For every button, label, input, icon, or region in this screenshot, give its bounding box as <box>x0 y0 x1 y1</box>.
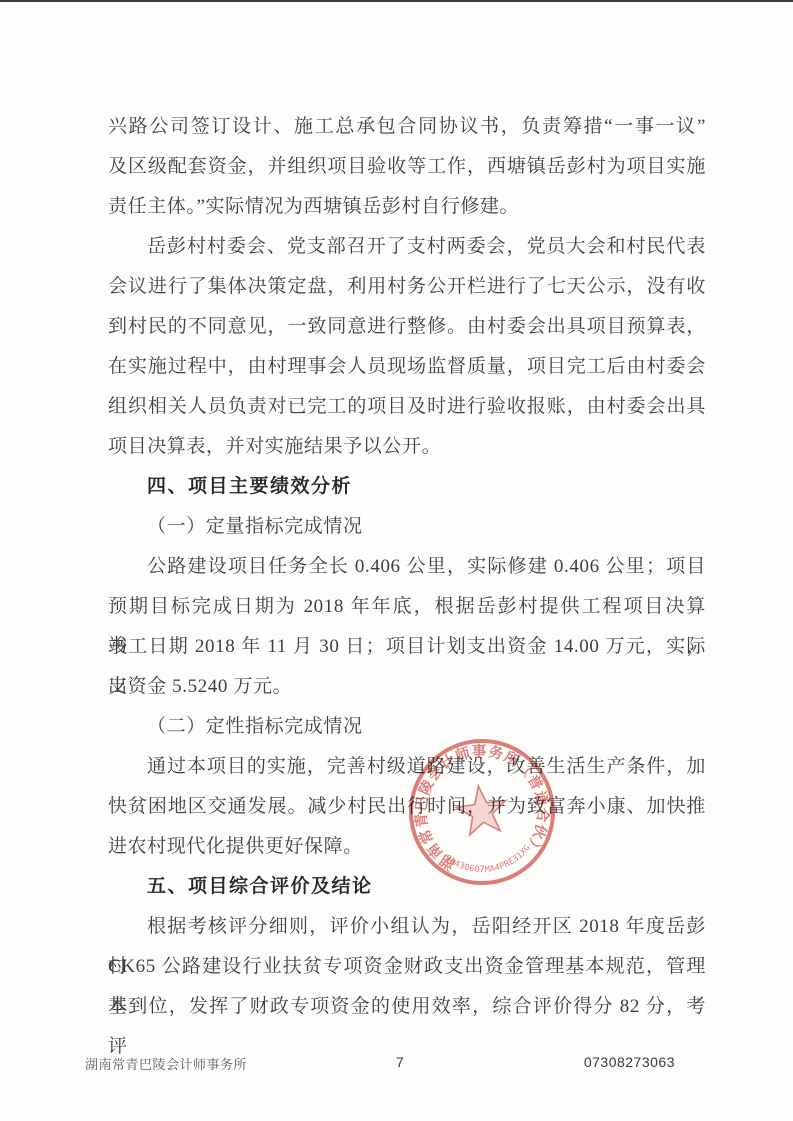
footer-page-number: 7 <box>396 1054 404 1070</box>
subsection-heading: （一）定量指标完成情况 <box>108 507 706 547</box>
text-line: 组织相关人员负责对已完工的项目及时进行验收报账，由村委会出具 <box>108 387 706 427</box>
document-page: { "body": { "lines": [ "兴路公司签订设计、施工总承包合同… <box>0 0 793 1121</box>
scan-edge-artifact <box>0 0 793 2</box>
text-line: 在实施过程中，由村理事会人员现场监督质量，项目完工后由村委会 <box>108 347 706 387</box>
text-line: 根据考核评分细则，评价小组认为，岳阳经开区 2018 年度岳彭村 <box>108 907 706 947</box>
footer-phone: 07308273063 <box>584 1054 675 1070</box>
text-line: 通过本项目的实施，完善村级道路建设，改善生活生产条件，加 <box>108 747 706 787</box>
text-line: 进农村现代化提供更好保障。 <box>108 827 706 867</box>
text-line: 责任主体。”实际情况为西塘镇岳彭村自行修建。 <box>108 187 706 227</box>
text-line: 预期目标完成日期为 2018 年年底，根据岳彭村提供工程项目决算书， <box>108 587 706 627</box>
text-line: 出资金 5.5240 万元。 <box>108 667 706 707</box>
text-line: 快贫困地区交通发展。减少村民出行时间，并为致富奔小康、加快推 <box>108 787 706 827</box>
text-line: 及区级配套资金，并组织项目验收等工作，西塘镇岳彭村为项目实施 <box>108 147 706 187</box>
footer-firm-name: 湖南常青巴陵会计师事务所 <box>85 1054 247 1073</box>
text-line: 会议进行了集体决策定盘，利用村务公开栏进行了七天公示，没有收 <box>108 267 706 307</box>
text-line: 项目决算表，并对实施结果予以公开。 <box>108 427 706 467</box>
text-line: 竣工日期 2018 年 11 月 30 日；项目计划支出资金 14.00 万元，… <box>108 627 706 667</box>
text-line: CK65 公路建设行业扶贫专项资金财政支出资金管理基本规范，管理基 <box>108 947 706 987</box>
text-line: 岳彭村村委会、党支部召开了支村两委会，党员大会和村民代表 <box>108 227 706 267</box>
page-footer: 湖南常青巴陵会计师事务所 7 07308273063 <box>0 1050 793 1080</box>
section-heading-4: 四、项目主要绩效分析 <box>108 467 706 507</box>
text-line: 本到位，发挥了财政专项资金的使用效率，综合评价得分 82 分，考评 <box>108 987 706 1027</box>
document-body: 兴路公司签订设计、施工总承包合同协议书，负责筹措“一事一议” 及区级配套资金，并… <box>108 107 706 1027</box>
text-line: 兴路公司签订设计、施工总承包合同协议书，负责筹措“一事一议” <box>108 107 706 147</box>
text-line: 到村民的不同意见，一致同意进行整修。由村委会出具项目预算表， <box>108 307 706 347</box>
subsection-heading: （二）定性指标完成情况 <box>108 707 706 747</box>
section-heading-5: 五、项目综合评价及结论 <box>108 867 706 907</box>
text-line: 公路建设项目任务全长 0.406 公里，实际修建 0.406 公里；项目 <box>108 547 706 587</box>
